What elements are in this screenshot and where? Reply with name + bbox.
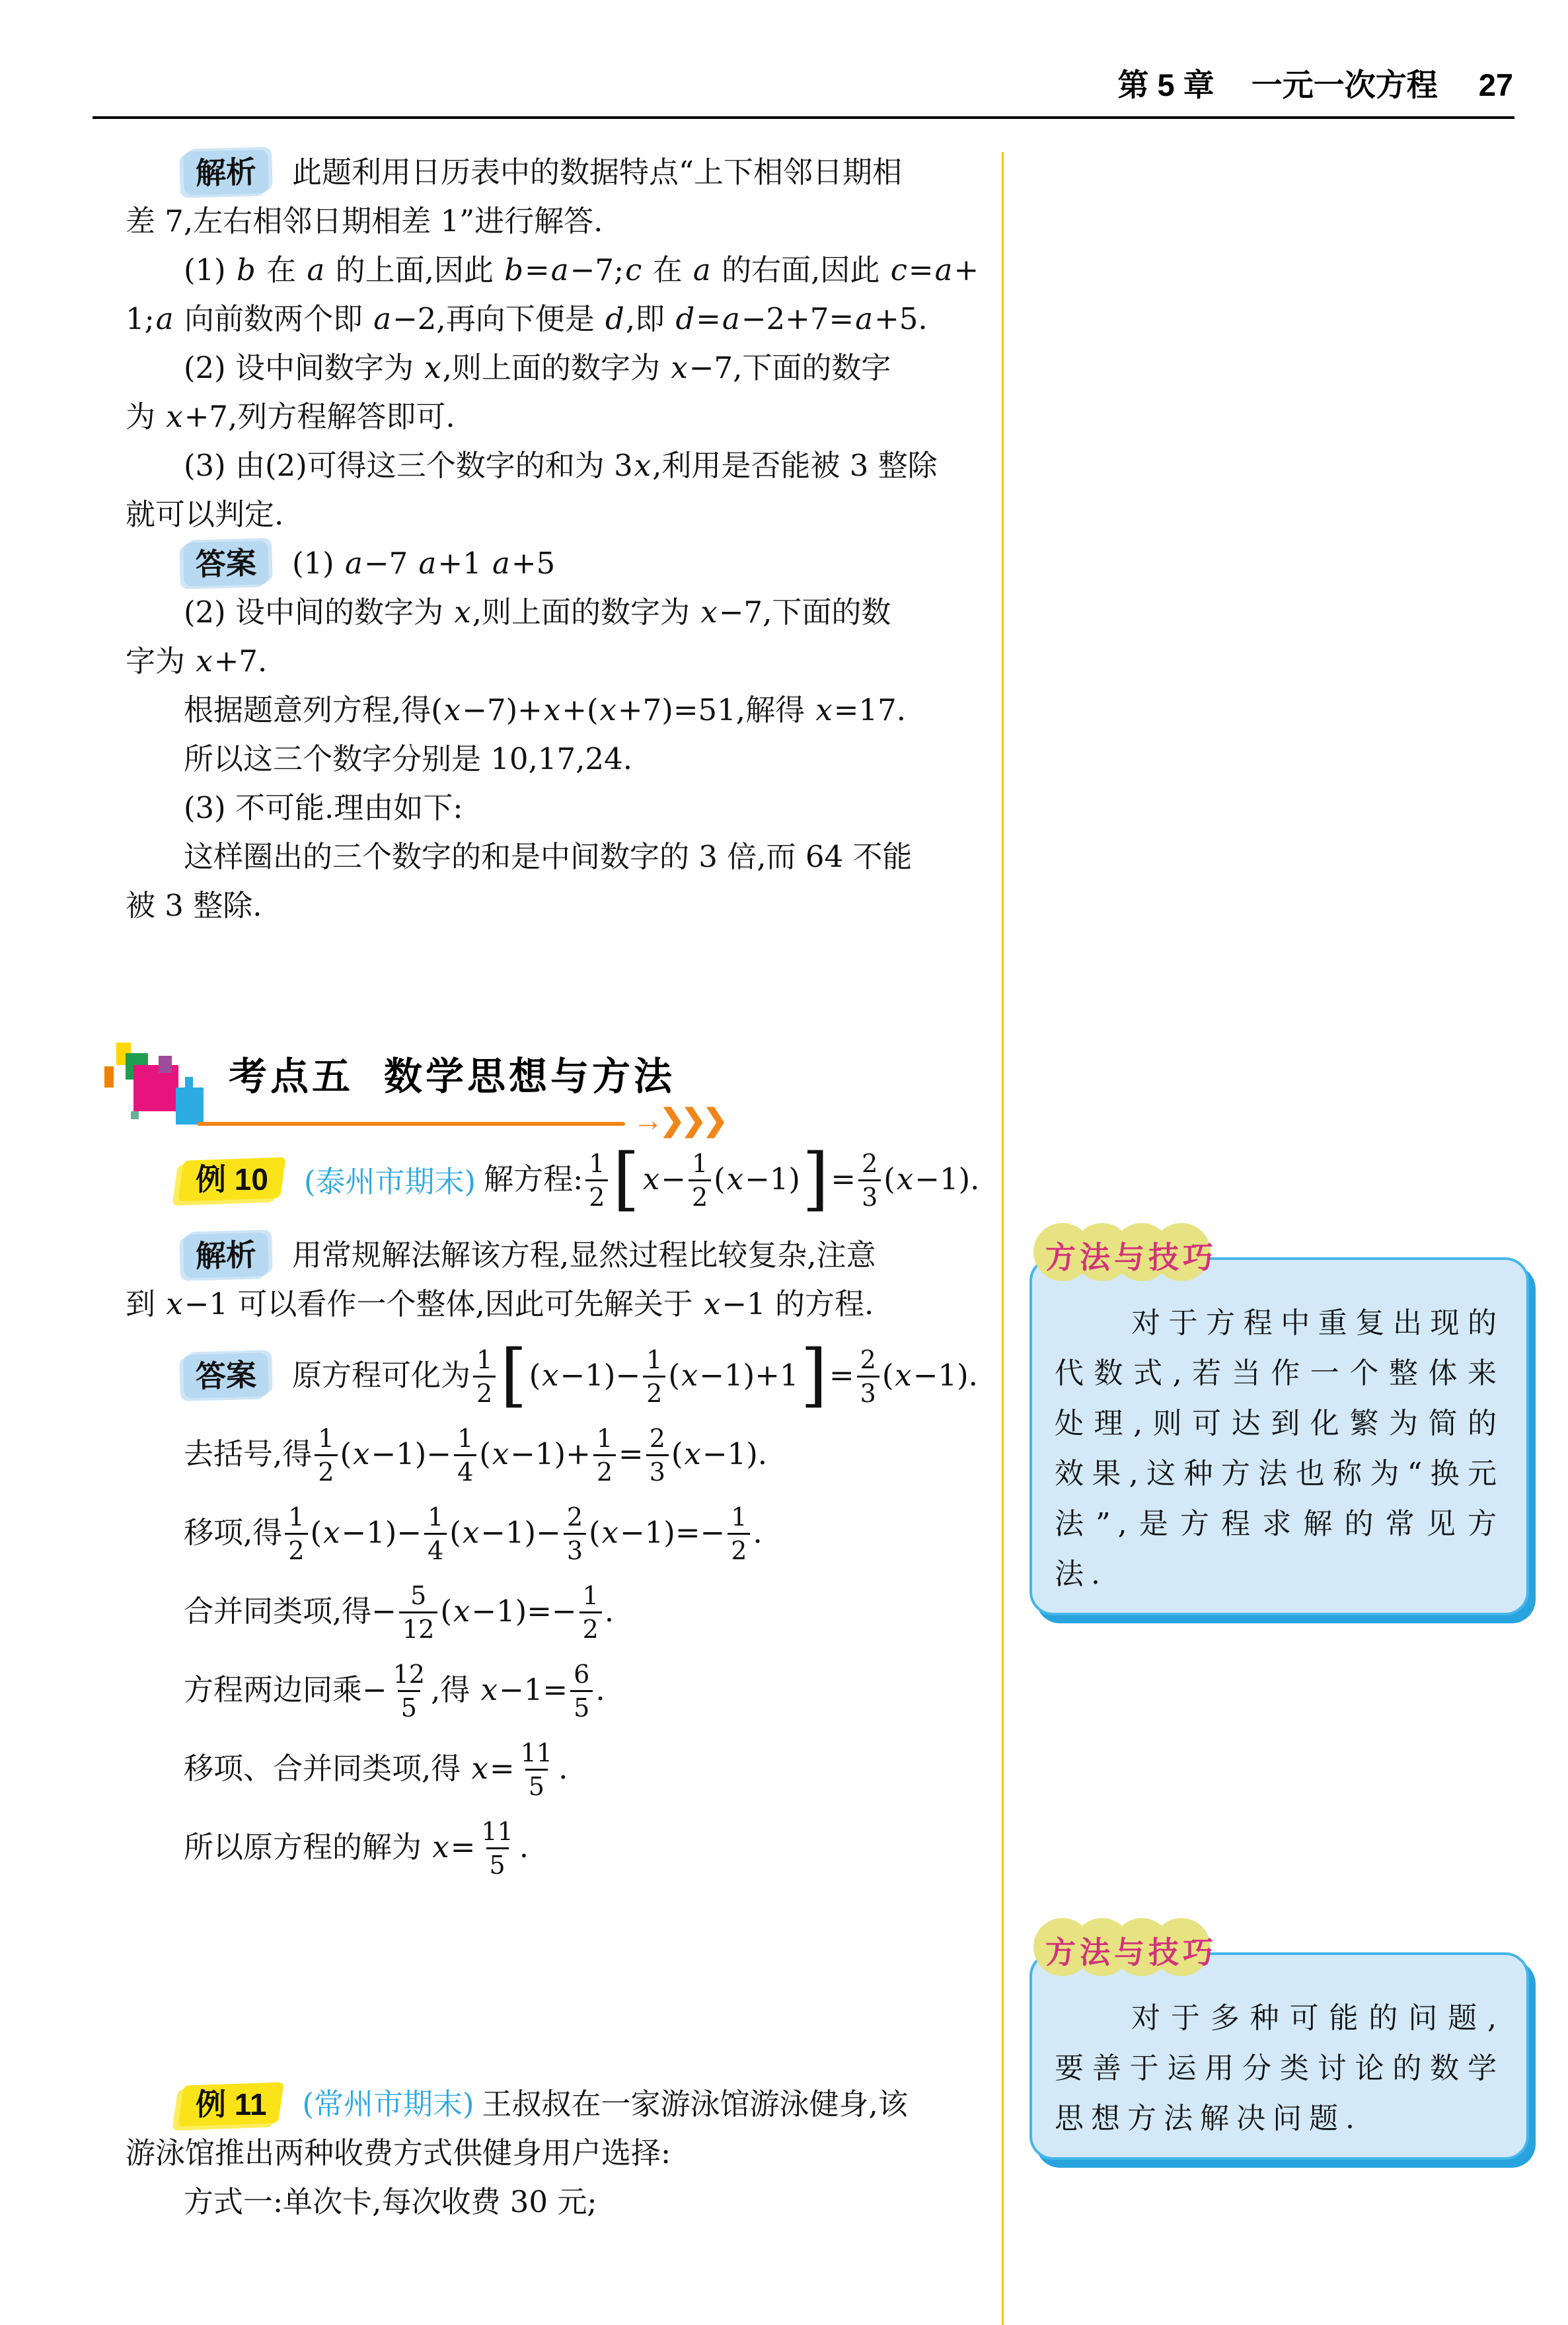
example-badge: 例 10 bbox=[184, 1158, 280, 1201]
line-text: 王叔叔在一家游泳馆游泳健身,该 bbox=[482, 2086, 908, 2122]
line-text: 原方程可化为12[(x−1)−12(x−1)+1]=23(x−1). bbox=[292, 1348, 978, 1407]
section-header: 考点五数学思想与方法 →❯❯❯ bbox=[104, 1039, 752, 1158]
line-text: (2) 设中间数字为 x,则上面的数字为 x−7,下面的数字 bbox=[184, 350, 891, 385]
equation-line: 方程两边同乘−125,得 x−1=65. bbox=[126, 1663, 1002, 1722]
line-text: 根据题意列方程,得(x−7)+x+(x+7)=51,解得 x=17. bbox=[184, 692, 906, 727]
page-number: 27 bbox=[1479, 67, 1513, 102]
text-line: (3) 由(2)可得这三个数字的和为 3x,利用是否能被 3 整除 bbox=[126, 441, 1002, 490]
text-line: 例 11(常州市期末)王叔叔在一家游泳馆游泳健身,该 bbox=[126, 2080, 1002, 2129]
section-underline bbox=[197, 1122, 625, 1126]
line-text: (3) 由(2)可得这三个数字的和为 3x,利用是否能被 3 整除 bbox=[184, 448, 938, 483]
main-column-middle: 例 10(泰州市期末)解方程:12[x−12(x−1)]=23(x−1). 解析… bbox=[126, 1152, 1002, 1899]
section-arrow-icon: →❯❯❯ bbox=[633, 1102, 724, 1138]
text-line: 差 7,左右相邻日期相差 1”进行解答. bbox=[126, 197, 1002, 246]
line-text: 合并同类项,得−512(x−1)=−12. bbox=[184, 1584, 614, 1643]
tip-text: 对于多种可能的问题,要善于运用分类讨论的数学思想方法解决问题. bbox=[1032, 1955, 1526, 2157]
analysis-badge: 解析 bbox=[183, 1232, 269, 1278]
line-text: 就可以判定. bbox=[126, 497, 283, 532]
line-text: 此题利用日历表中的数据特点“上下相邻日期相 bbox=[292, 155, 902, 190]
text-line: 这样圈出的三个数字的和是中间数字的 3 倍,而 64 不能 bbox=[126, 832, 1002, 881]
text-line: 解析用常规解法解该方程,显然过程比较复杂,注意 bbox=[126, 1231, 1002, 1280]
text-line: 被 3 整除. bbox=[126, 881, 1002, 930]
text-line: 根据题意列方程,得(x−7)+x+(x+7)=51,解得 x=17. bbox=[126, 686, 1002, 735]
main-column-top: 解析此题利用日历表中的数据特点“上下相邻日期相 差 7,左右相邻日期相差 1”进… bbox=[126, 148, 1002, 930]
equation-line: 合并同类项,得−512(x−1)=−12. bbox=[126, 1584, 1002, 1643]
equation-line: 所以原方程的解为 x=115. bbox=[126, 1820, 1002, 1879]
textbook-page: 第 5 章一元一次方程27 解析此题利用日历表中的数据特点“上下相邻日期相 差 … bbox=[0, 0, 1568, 2325]
example-badge: 例 11 bbox=[184, 2083, 278, 2126]
header-chapter: 第 5 章 bbox=[1117, 67, 1214, 102]
line-text: (2) 设中间的数字为 x,则上面的数字为 x−7,下面的数 bbox=[184, 595, 891, 630]
line-text: 游泳馆推出两种收费方式供健身用户选择: bbox=[126, 2135, 671, 2170]
text-line: 方式一:单次卡,每次收费 30 元; bbox=[126, 2178, 1002, 2227]
deco-square-icon bbox=[104, 1066, 114, 1088]
line-text: 字为 x+7. bbox=[126, 644, 267, 679]
line-text: 解方程:12[x−12(x−1)]=23(x−1). bbox=[484, 1152, 979, 1211]
line-text: 被 3 整除. bbox=[126, 888, 262, 923]
analysis-badge: 解析 bbox=[183, 149, 269, 195]
line-text: 这样圈出的三个数字的和是中间数字的 3 倍,而 64 不能 bbox=[184, 839, 912, 874]
source-label: (常州市期末) bbox=[302, 2086, 474, 2122]
tip-box: 方法与技巧 对于方程中重复出现的代数式,若当作一个整体来处理,则可达到化繁为简的… bbox=[1029, 1257, 1529, 1615]
text-line: 游泳馆推出两种收费方式供健身用户选择: bbox=[126, 2129, 1002, 2178]
line-text: 为 x+7,列方程解答即可. bbox=[126, 399, 455, 434]
text-line: 字为 x+7. bbox=[126, 637, 1002, 686]
text-line: (2) 设中间的数字为 x,则上面的数字为 x−7,下面的数 bbox=[126, 588, 1002, 637]
line-text: 所以这三个数字分别是 10,17,24. bbox=[184, 741, 632, 776]
equation-line: 答案原方程可化为12[(x−1)−12(x−1)+1]=23(x−1). bbox=[126, 1348, 1002, 1407]
header-title: 一元一次方程 bbox=[1251, 67, 1438, 102]
line-text: 移项,得12(x−1)−14(x−1)−23(x−1)=−12. bbox=[184, 1506, 763, 1565]
line-text: 去括号,得12(x−1)−14(x−1)+12=23(x−1). bbox=[184, 1427, 767, 1486]
text-line: (2) 设中间数字为 x,则上面的数字为 x−7,下面的数字 bbox=[126, 344, 1002, 392]
section-kicker: 考点五数学思想与方法 bbox=[229, 1045, 675, 1101]
deco-square-icon bbox=[131, 1111, 139, 1119]
page-header: 第 5 章一元一次方程27 bbox=[0, 61, 1513, 105]
text-line: 就可以判定. bbox=[126, 490, 1002, 539]
line-text: 1;a 向前数两个即 a−2,再向下便是 d,即 d=a−2+7=a+5. bbox=[126, 301, 928, 336]
equation-line: 例 10(泰州市期末)解方程:12[x−12(x−1)]=23(x−1). bbox=[126, 1152, 1002, 1211]
text-line: 答案(1) a−7 a+1 a+5 bbox=[126, 539, 1002, 588]
text-line: (1) b 在 a 的上面,因此 b=a−7;c 在 a 的右面,因此 c=a+ bbox=[126, 246, 1002, 295]
line-text: 差 7,左右相邻日期相差 1”进行解答. bbox=[126, 203, 603, 239]
text-line: 所以这三个数字分别是 10,17,24. bbox=[126, 735, 1002, 784]
answer-badge: 答案 bbox=[183, 540, 269, 586]
line-text: 用常规解法解该方程,显然过程比较复杂,注意 bbox=[292, 1237, 876, 1273]
text-line: 为 x+7,列方程解答即可. bbox=[126, 392, 1002, 441]
section-kicker-label: 考点五 bbox=[229, 1055, 354, 1098]
source-label: (泰州市期末) bbox=[304, 1161, 476, 1203]
line-text: 到 x−1 可以看作一个整体,因此可先解关于 x−1 的方程. bbox=[126, 1286, 874, 1321]
tip-box: 方法与技巧 对于多种可能的问题,要善于运用分类讨论的数学思想方法解决问题. bbox=[1029, 1952, 1529, 2160]
line-text: 所以原方程的解为 x=115. bbox=[184, 1820, 529, 1879]
text-line: 到 x−1 可以看作一个整体,因此可先解关于 x−1 的方程. bbox=[126, 1280, 1002, 1329]
line-text: (3) 不可能.理由如下: bbox=[184, 790, 463, 825]
section-title: 数学思想与方法 bbox=[384, 1055, 675, 1098]
equation-line: 移项,得12(x−1)−14(x−1)−23(x−1)=−12. bbox=[126, 1506, 1002, 1565]
equation-line: 去括号,得12(x−1)−14(x−1)+12=23(x−1). bbox=[126, 1427, 1002, 1486]
text-line: 1;a 向前数两个即 a−2,再向下便是 d,即 d=a−2+7=a+5. bbox=[126, 295, 1002, 344]
text-line: 解析此题利用日历表中的数据特点“上下相邻日期相 bbox=[126, 148, 1002, 197]
line-text: 移项、合并同类项,得 x=115. bbox=[184, 1742, 568, 1800]
line-text: 方程两边同乘−125,得 x−1=65. bbox=[184, 1663, 605, 1722]
deco-square-icon bbox=[176, 1088, 204, 1125]
tip-badge: 方法与技巧 bbox=[1033, 1918, 1230, 1981]
equation-line: 移项、合并同类项,得 x=115. bbox=[126, 1742, 1002, 1800]
line-text: (1) a−7 a+1 a+5 bbox=[292, 546, 555, 581]
line-text: (1) b 在 a 的上面,因此 b=a−7;c 在 a 的右面,因此 c=a+ bbox=[184, 252, 979, 287]
answer-badge: 答案 bbox=[183, 1352, 269, 1398]
main-column-bottom: 例 11(常州市期末)王叔叔在一家游泳馆游泳健身,该 游泳馆推出两种收费方式供健… bbox=[126, 2080, 1002, 2227]
text-line: (3) 不可能.理由如下: bbox=[126, 784, 1002, 832]
tip-text: 对于方程中重复出现的代数式,若当作一个整体来处理,则可达到化繁为简的效果,这种方… bbox=[1032, 1260, 1526, 1613]
deco-square-icon bbox=[159, 1056, 172, 1073]
line-text: 方式一:单次卡,每次收费 30 元; bbox=[184, 2184, 597, 2219]
tip-badge: 方法与技巧 bbox=[1033, 1223, 1230, 1286]
header-rule bbox=[93, 116, 1514, 119]
